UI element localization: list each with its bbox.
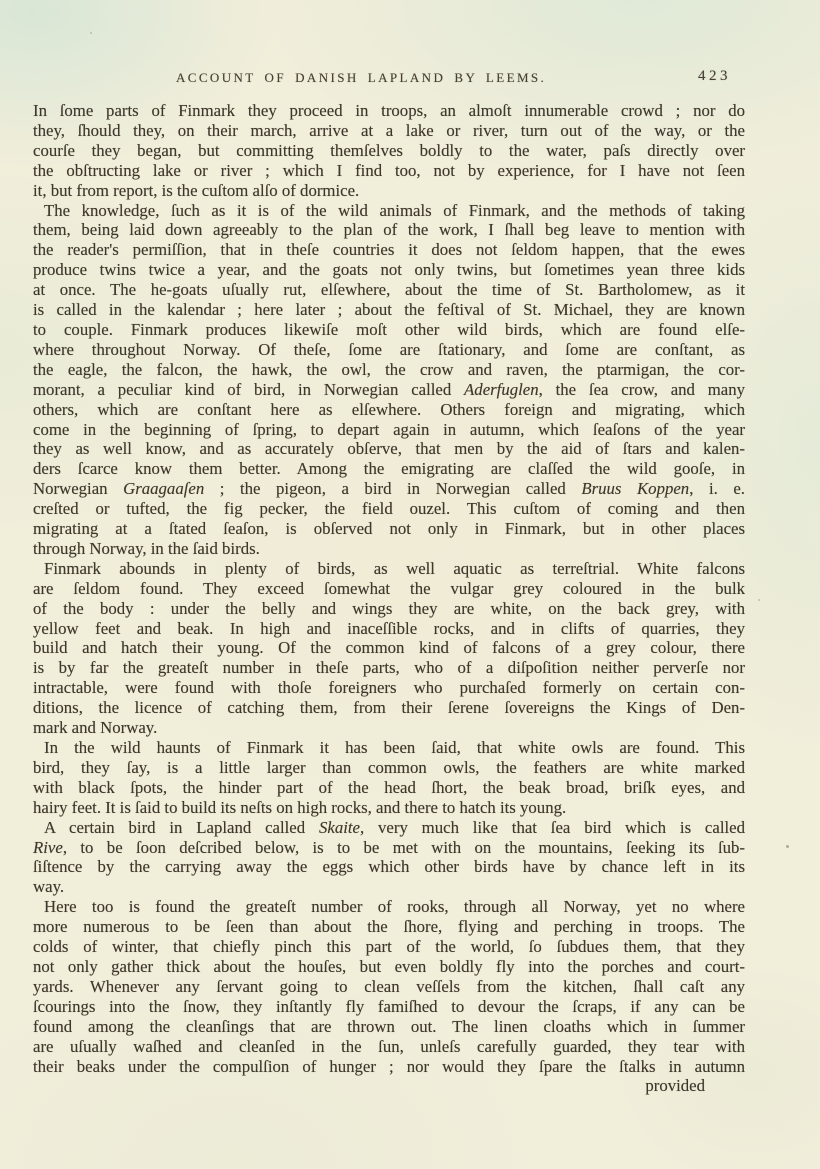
running-title: ACCOUNT OF DANISH LAPLAND BY LEEMS. <box>176 70 546 86</box>
text-line: yards. Whenever any ſervant going to cle… <box>33 977 745 997</box>
text-line: others, which are conſtant here as elſew… <box>33 400 745 420</box>
paper-speck <box>758 599 760 601</box>
text-line: not only gather thick about the houſes, … <box>33 957 745 977</box>
text-line: is by far the greateſt number in theſe p… <box>33 658 745 678</box>
text-line: where throughout Norway. Of theſe, ſome … <box>33 340 745 360</box>
text-line: it, but from report, is the cuſtom alſo … <box>33 181 745 201</box>
text-line: at once. The he-goats uſually rut, elſew… <box>33 280 745 300</box>
text-line: ſcourings into the ſnow, they inſtantly … <box>33 997 745 1017</box>
page-number: 423 <box>698 68 731 85</box>
text-line: ders ſcarce know them better. Among the … <box>33 459 745 479</box>
text-line: morant, a peculiar kind of bird, in Norw… <box>33 380 745 400</box>
catchword: provided <box>33 1076 745 1096</box>
text-line: mark and Norway. <box>33 718 745 738</box>
paper-speck <box>90 32 92 34</box>
text-line: they, ſhould they, on their march, arriv… <box>33 121 745 141</box>
text-line: migrating at a ſtated ſeaſon, is obſerve… <box>33 519 745 539</box>
text-line: come in the beginning of ſpring, to depa… <box>33 420 745 440</box>
paragraph: A certain bird in Lapland called Skaite,… <box>33 818 745 898</box>
text-line: In the wild haunts of Finmark it has bee… <box>33 738 745 758</box>
text-line: Rive, to be ſoon deſcribed below, is to … <box>33 838 745 858</box>
text-line: through Norway, in the ſaid birds. <box>33 539 745 559</box>
text-line: is called in the kalendar ; here later ;… <box>33 300 745 320</box>
text-line: A certain bird in Lapland called Skaite,… <box>33 818 745 838</box>
text-line: the reader's permiſſion, that in theſe c… <box>33 240 745 260</box>
text-line: are ſeldom found. They exceed ſomewhat t… <box>33 579 745 599</box>
text-line: with black ſpots, the hinder part of the… <box>33 778 745 798</box>
text-line: them, being laid down agreeably to the p… <box>33 220 745 240</box>
text-line: more numerous to be ſeen than about the … <box>33 917 745 937</box>
paragraph: The knowledge, ſuch as it is of the wild… <box>33 201 745 559</box>
text-line: ſiſtence by the carrying away the eggs w… <box>33 857 745 877</box>
text-line: The knowledge, ſuch as it is of the wild… <box>33 201 745 221</box>
text-line: Norwegian Graagaaſen ; the pigeon, a bir… <box>33 479 745 499</box>
text-line: the eagle, the falcon, the hawk, the owl… <box>33 360 745 380</box>
paper-speck <box>786 845 789 848</box>
text-line: found among the cleanſings that are thro… <box>33 1017 745 1037</box>
text-line: the obſtructing lake or river ; which I … <box>33 161 745 181</box>
text-line: courſe they began, but committing themſe… <box>33 141 745 161</box>
paragraph: In ſome parts of Finmark they proceed in… <box>33 101 745 201</box>
paragraph: Finmark abounds in plenty of birds, as w… <box>33 559 745 738</box>
text-line: their beaks under the compulſion of hung… <box>33 1057 745 1077</box>
text-line: they as well know, and as accurately obſ… <box>33 439 745 459</box>
text-line: colds of winter, that chiefly pinch this… <box>33 937 745 957</box>
text-line: hairy feet. It is ſaid to build its neſt… <box>33 798 745 818</box>
text-line: bird, they ſay, is a little larger than … <box>33 758 745 778</box>
text-line: are uſually waſhed and cleanſed in the ſ… <box>33 1037 745 1057</box>
paragraph: In the wild haunts of Finmark it has bee… <box>33 738 745 818</box>
page-text: In ſome parts of Finmark they proceed in… <box>33 101 745 1096</box>
text-line: produce twins twice a year, and the goat… <box>33 260 745 280</box>
text-line: In ſome parts of Finmark they proceed in… <box>33 101 745 121</box>
text-line: build and hatch their young. Of the comm… <box>33 638 745 658</box>
text-line: ditions, the licence of catching them, f… <box>33 698 745 718</box>
book-page: { "page": { "running_title": "ACCOUNT OF… <box>0 0 820 1169</box>
text-line: of the body : under the belly and wings … <box>33 599 745 619</box>
text-line: yellow feet and beak. In high and inaceſ… <box>33 619 745 639</box>
text-line: to couple. Finmark produces likewiſe moſ… <box>33 320 745 340</box>
text-line: Finmark abounds in plenty of birds, as w… <box>33 559 745 579</box>
text-line: way. <box>33 877 745 897</box>
text-line: intractable, were found with thoſe forei… <box>33 678 745 698</box>
text-line: creſted or tufted, the fig pecker, the f… <box>33 499 745 519</box>
text-line: Here too is found the greateſt number of… <box>33 897 745 917</box>
paragraph: Here too is found the greateſt number of… <box>33 897 745 1076</box>
